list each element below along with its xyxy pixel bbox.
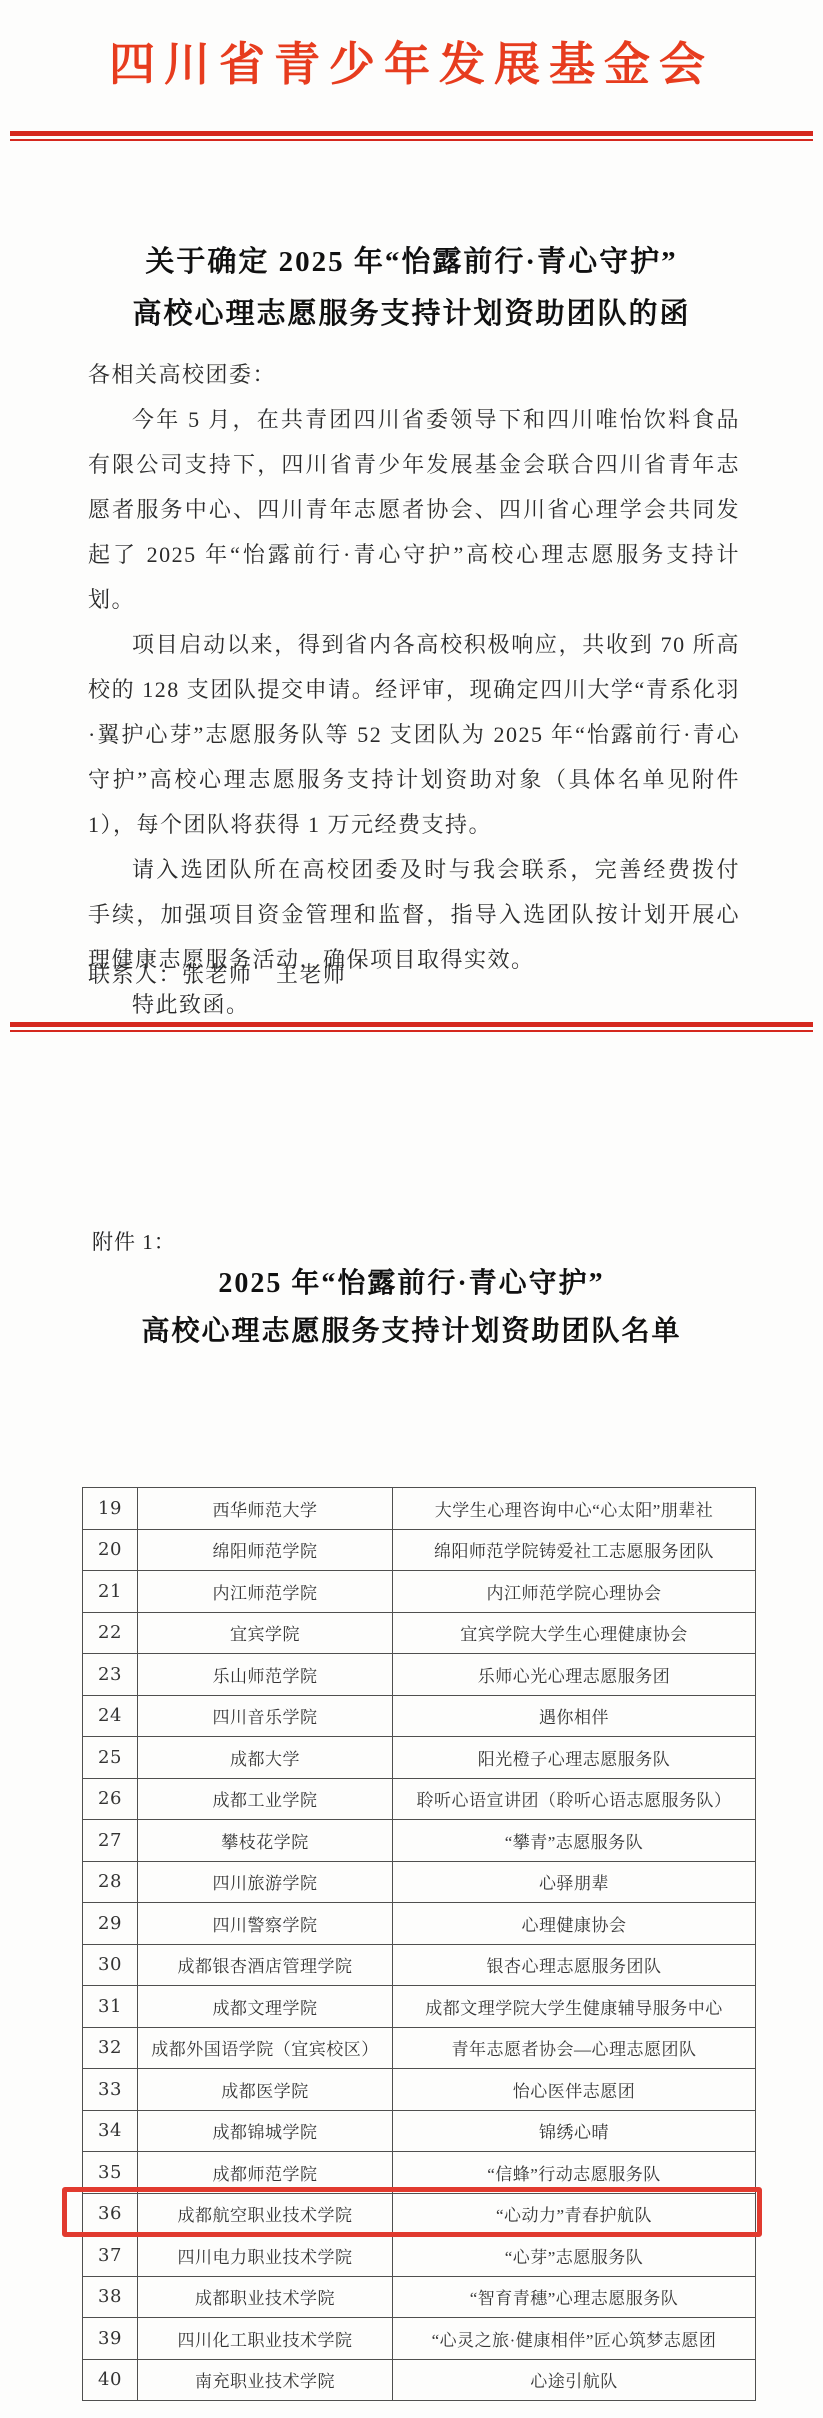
letter-title: 关于确定 2025 年“怡露前行·青心守护” 高校心理志愿服务支持计划资助团队的… — [40, 236, 783, 340]
table-row: 38 成都职业技术学院 “智育青穗”心理志愿服务队 — [83, 2276, 756, 2318]
letter-title-line-2: 高校心理志愿服务支持计划资助团队的函 — [40, 288, 783, 340]
table-row: 28 四川旅游学院 心驿朋辈 — [83, 1861, 756, 1903]
table-row: 33 成都医学院 怡心医伴志愿团 — [83, 2069, 756, 2111]
university-cell: 成都医学院 — [138, 2069, 393, 2111]
row-number-cell: 26 — [83, 1778, 138, 1820]
university-cell: 攀枝花学院 — [138, 1820, 393, 1862]
team-name-cell: 青年志愿者协会—心理志愿团队 — [393, 2027, 756, 2069]
section-divider-thin-line — [10, 1030, 813, 1032]
table-row: 30 成都银杏酒店管理学院 银杏心理志愿服务团队 — [83, 1944, 756, 1986]
row-number-cell: 27 — [83, 1820, 138, 1862]
team-name-cell: 绵阳师范学院铸爱社工志愿服务团队 — [393, 1529, 756, 1571]
table-row: 37 四川电力职业技术学院 “心芽”志愿服务队 — [83, 2235, 756, 2277]
attachment-title-line-2: 高校心理志愿服务支持计划资助团队名单 — [40, 1308, 783, 1356]
row-number-cell: 37 — [83, 2235, 138, 2277]
university-cell: 成都工业学院 — [138, 1778, 393, 1820]
row-number-cell: 25 — [83, 1737, 138, 1779]
row-number-cell: 20 — [83, 1529, 138, 1571]
row-number-cell: 24 — [83, 1695, 138, 1737]
university-cell: 成都文理学院 — [138, 1986, 393, 2028]
team-name-cell: 内江师范学院心理协会 — [393, 1571, 756, 1613]
team-name-cell: 遇你相伴 — [393, 1695, 756, 1737]
table-row: 19 西华师范大学 大学生心理咨询中心“心太阳”朋辈社 — [83, 1488, 756, 1530]
roster-table: 19 西华师范大学 大学生心理咨询中心“心太阳”朋辈社 20 绵阳师范学院 绵阳… — [82, 1487, 756, 2401]
team-name-cell: 银杏心理志愿服务团队 — [393, 1944, 756, 1986]
attachment-title: 2025 年“怡露前行·青心守护” 高校心理志愿服务支持计划资助团队名单 — [40, 1260, 783, 1356]
university-cell: 成都锦城学院 — [138, 2110, 393, 2152]
attachment-label: 附件 1： — [92, 1226, 176, 1256]
roster-table-body: 19 西华师范大学 大学生心理咨询中心“心太阳”朋辈社 20 绵阳师范学院 绵阳… — [83, 1488, 756, 2401]
team-name-cell: 阳光橙子心理志愿服务队 — [393, 1737, 756, 1779]
university-cell: 四川电力职业技术学院 — [138, 2235, 393, 2277]
row-number-cell: 39 — [83, 2318, 138, 2360]
team-name-cell: 心途引航队 — [393, 2359, 756, 2401]
team-name-cell: 乐师心光心理志愿服务团 — [393, 1654, 756, 1696]
table-row: 36 成都航空职业技术学院 “心动力”青春护航队 — [83, 2193, 756, 2235]
row-number-cell: 40 — [83, 2359, 138, 2401]
row-number-cell: 22 — [83, 1612, 138, 1654]
table-row: 25 成都大学 阳光橙子心理志愿服务队 — [83, 1737, 756, 1779]
university-cell: 内江师范学院 — [138, 1571, 393, 1613]
letterhead-divider — [10, 131, 813, 141]
row-number-cell: 29 — [83, 1903, 138, 1945]
letterhead-divider-thin-line — [10, 139, 813, 141]
university-cell: 成都大学 — [138, 1737, 393, 1779]
university-cell: 绵阳师范学院 — [138, 1529, 393, 1571]
row-number-cell: 33 — [83, 2069, 138, 2111]
team-name-cell: “心芽”志愿服务队 — [393, 2235, 756, 2277]
section-divider — [10, 1022, 813, 1032]
team-name-cell: “智育青穗”心理志愿服务队 — [393, 2276, 756, 2318]
team-name-cell: 锦绣心晴 — [393, 2110, 756, 2152]
letterhead-org-name: 四川省青少年发展基金会 — [0, 28, 823, 94]
contact-line: 联系人：张老师 王老师 — [88, 958, 347, 989]
university-cell: 乐山师范学院 — [138, 1654, 393, 1696]
row-number-cell: 30 — [83, 1944, 138, 1986]
row-number-cell: 34 — [83, 2110, 138, 2152]
letter-title-line-1: 关于确定 2025 年“怡露前行·青心守护” — [40, 236, 783, 288]
table-row: 26 成都工业学院 聆听心语宣讲团（聆听心语志愿服务队） — [83, 1778, 756, 1820]
table-row: 39 四川化工职业技术学院 “心灵之旅·健康相伴”匠心筑梦志愿团 — [83, 2318, 756, 2360]
team-name-cell: 宜宾学院大学生心理健康协会 — [393, 1612, 756, 1654]
row-number-cell: 32 — [83, 2027, 138, 2069]
university-cell: 成都外国语学院（宜宾校区） — [138, 2027, 393, 2069]
document-page: 四川省青少年发展基金会 关于确定 2025 年“怡露前行·青心守护” 高校心理志… — [0, 0, 823, 2418]
university-cell: 四川音乐学院 — [138, 1695, 393, 1737]
table-row: 22 宜宾学院 宜宾学院大学生心理健康协会 — [83, 1612, 756, 1654]
table-row: 32 成都外国语学院（宜宾校区） 青年志愿者协会—心理志愿团队 — [83, 2027, 756, 2069]
team-name-cell: 心理健康协会 — [393, 1903, 756, 1945]
team-name-cell: “攀青”志愿服务队 — [393, 1820, 756, 1862]
table-row: 31 成都文理学院 成都文理学院大学生健康辅导服务中心 — [83, 1986, 756, 2028]
row-number-cell: 19 — [83, 1488, 138, 1530]
university-cell: 成都航空职业技术学院 — [138, 2193, 393, 2235]
table-row: 34 成都锦城学院 锦绣心晴 — [83, 2110, 756, 2152]
row-number-cell: 21 — [83, 1571, 138, 1613]
row-number-cell: 35 — [83, 2152, 138, 2194]
team-name-cell: “心动力”青春护航队 — [393, 2193, 756, 2235]
salutation: 各相关高校团委： — [88, 352, 740, 397]
university-cell: 成都银杏酒店管理学院 — [138, 1944, 393, 1986]
team-name-cell: 大学生心理咨询中心“心太阳”朋辈社 — [393, 1488, 756, 1530]
row-number-cell: 31 — [83, 1986, 138, 2028]
team-name-cell: 怡心医伴志愿团 — [393, 2069, 756, 2111]
row-number-cell: 28 — [83, 1861, 138, 1903]
university-cell: 成都师范学院 — [138, 2152, 393, 2194]
university-cell: 西华师范大学 — [138, 1488, 393, 1530]
university-cell: 宜宾学院 — [138, 1612, 393, 1654]
section-divider-thick-line — [10, 1022, 813, 1027]
table-row: 29 四川警察学院 心理健康协会 — [83, 1903, 756, 1945]
paragraph-1: 今年 5 月，在共青团四川省委领导下和四川唯怡饮料食品有限公司支持下，四川省青少… — [88, 397, 740, 622]
team-name-cell: 成都文理学院大学生健康辅导服务中心 — [393, 1986, 756, 2028]
table-row: 20 绵阳师范学院 绵阳师范学院铸爱社工志愿服务团队 — [83, 1529, 756, 1571]
team-name-cell: “信蜂”行动志愿服务队 — [393, 2152, 756, 2194]
row-number-cell: 23 — [83, 1654, 138, 1696]
university-cell: 成都职业技术学院 — [138, 2276, 393, 2318]
team-name-cell: 聆听心语宣讲团（聆听心语志愿服务队） — [393, 1778, 756, 1820]
table-row: 27 攀枝花学院 “攀青”志愿服务队 — [83, 1820, 756, 1862]
row-number-cell: 38 — [83, 2276, 138, 2318]
university-cell: 四川旅游学院 — [138, 1861, 393, 1903]
table-row: 40 南充职业技术学院 心途引航队 — [83, 2359, 756, 2401]
attachment-title-line-1: 2025 年“怡露前行·青心守护” — [40, 1260, 783, 1308]
letter-body: 各相关高校团委： 今年 5 月，在共青团四川省委领导下和四川唯怡饮料食品有限公司… — [88, 352, 740, 1027]
letterhead-divider-thick-line — [10, 131, 813, 136]
table-row: 24 四川音乐学院 遇你相伴 — [83, 1695, 756, 1737]
table-row: 23 乐山师范学院 乐师心光心理志愿服务团 — [83, 1654, 756, 1696]
university-cell: 南充职业技术学院 — [138, 2359, 393, 2401]
team-name-cell: 心驿朋辈 — [393, 1861, 756, 1903]
row-number-cell: 36 — [83, 2193, 138, 2235]
team-name-cell: “心灵之旅·健康相伴”匠心筑梦志愿团 — [393, 2318, 756, 2360]
table-row: 21 内江师范学院 内江师范学院心理协会 — [83, 1571, 756, 1613]
university-cell: 四川警察学院 — [138, 1903, 393, 1945]
table-row: 35 成都师范学院 “信蜂”行动志愿服务队 — [83, 2152, 756, 2194]
paragraph-2: 项目启动以来，得到省内各高校积极响应，共收到 70 所高校的 128 支团队提交… — [88, 622, 740, 847]
university-cell: 四川化工职业技术学院 — [138, 2318, 393, 2360]
